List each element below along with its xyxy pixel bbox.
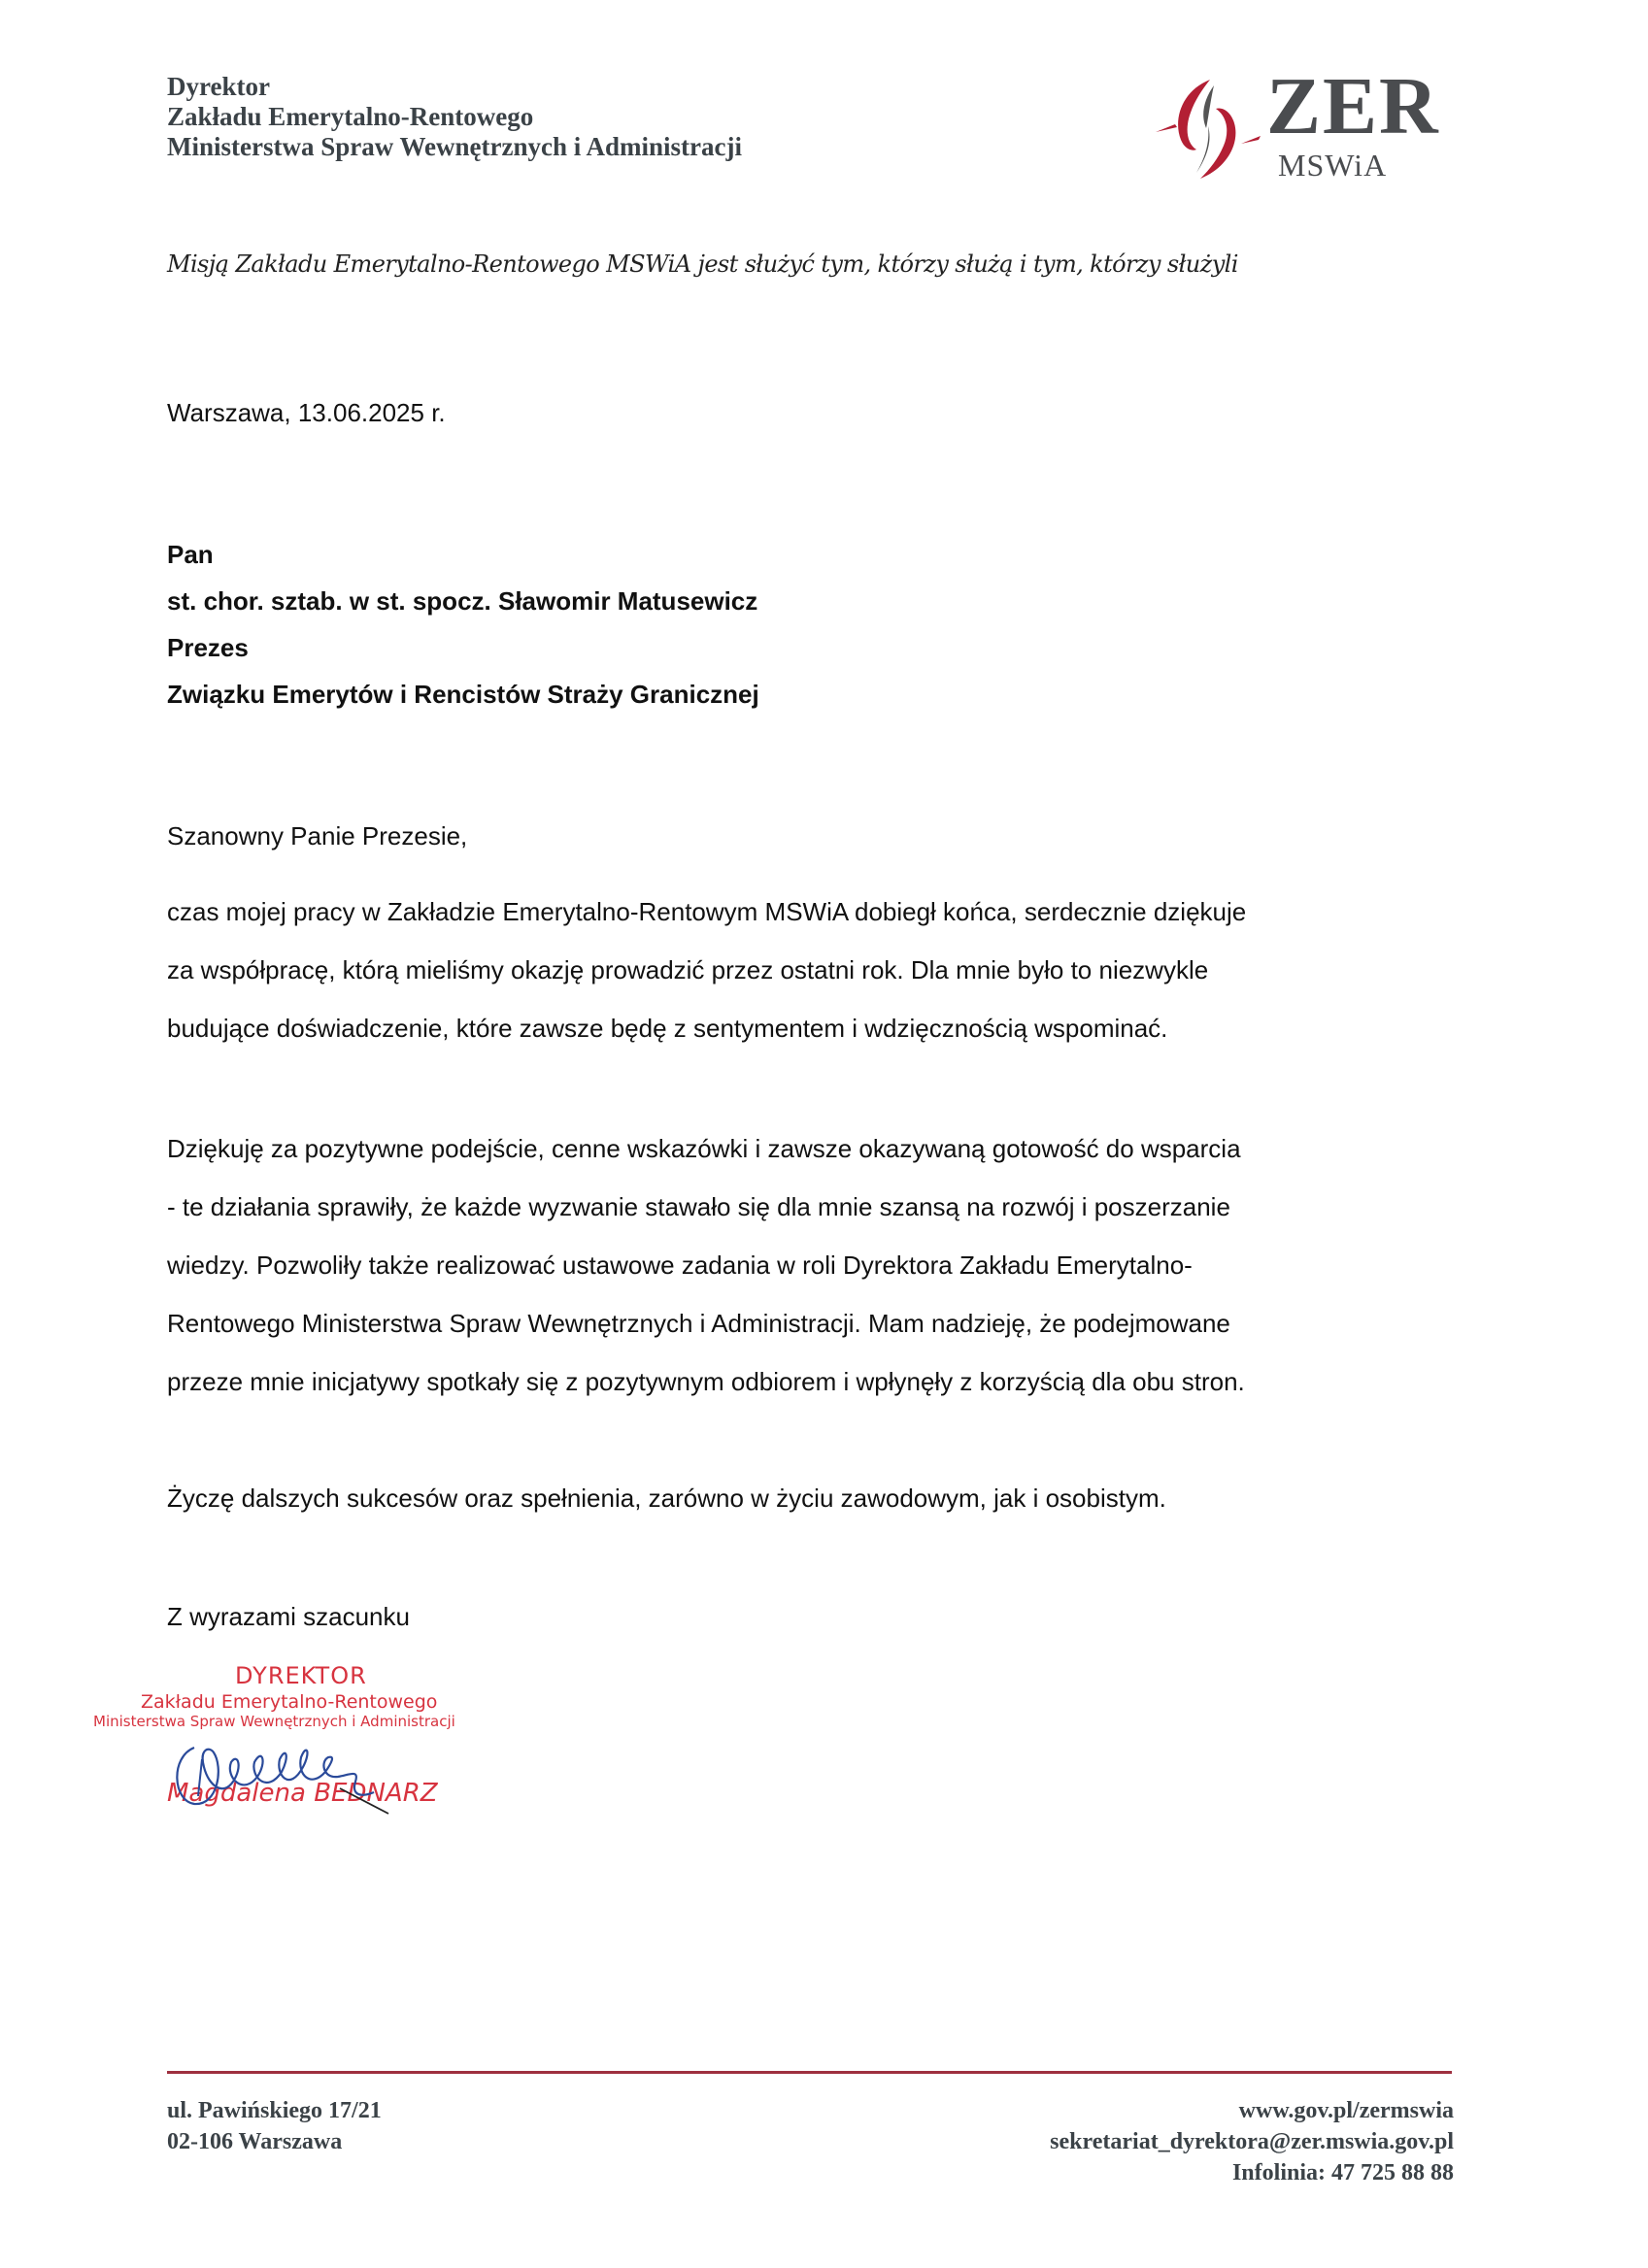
email-link[interactable]: sekretariat_dyrektora@zer.mswia.gov.pl [1050,2126,1454,2157]
letter-page: Dyrektor Zakładu Emerytalno-Rentowego Mi… [0,0,1648,2268]
paragraph-1-line: czas mojej pracy w Zakładzie Emerytalno-… [167,897,1246,927]
footer-address: ul. Pawińskiego 17/21 02-106 Warszawa [167,2095,382,2157]
paragraph-2-line: - te działania sprawiły, że każde wyzwan… [167,1192,1230,1222]
recipient-line: Pan [167,540,214,570]
website-link[interactable]: www.gov.pl/zermswia [1050,2095,1454,2126]
paragraph-2-line: Rentowego Ministerstwa Spraw Wewnętrznyc… [167,1309,1230,1339]
paragraph-1-line: budujące doświadczenie, które zawsze będ… [167,1014,1167,1044]
paragraph-2-line: wiedzy. Pozwoliły także realizować ustaw… [167,1251,1193,1281]
footer-contact: www.gov.pl/zermswia sekretariat_dyrektor… [1050,2095,1454,2188]
recipient-line: Prezes [167,633,249,663]
logo-title: ZER [1266,66,1440,148]
closing: Z wyrazami szacunku [167,1602,410,1632]
recipient-line: Związku Emerytów i Rencistów Straży Gran… [167,680,759,710]
mission-statement: Misją Zakładu Emerytalno-Rentowego MSWiA… [167,250,1238,278]
date-line: Warszawa, 13.06.2025 r. [167,398,446,428]
salutation: Szanowny Panie Prezesie, [167,821,467,851]
logo-subtitle: MSWiA [1278,150,1387,181]
stamp-institution: Zakładu Emerytalno-Rentowego [141,1691,437,1713]
zer-swirl-logo-icon [1152,72,1268,183]
paragraph-2-line: Dziękuję za pozytywne podejście, cenne w… [167,1134,1241,1164]
stamp-title: DYREKTOR [235,1662,367,1689]
hotline-number: Infolinia: 47 725 88 88 [1050,2157,1454,2188]
letterhead-sender: Dyrektor Zakładu Emerytalno-Rentowego Mi… [167,72,742,162]
zer-logo: ZER MSWiA [1152,72,1453,183]
sender-title: Dyrektor [167,72,742,102]
handwritten-signature-icon [165,1728,418,1816]
sender-ministry: Ministerstwa Spraw Wewnętrznych i Admini… [167,132,742,162]
sender-institution: Zakładu Emerytalno-Rentowego [167,102,742,132]
address-street: ul. Pawińskiego 17/21 [167,2095,382,2126]
paragraph-1-line: za współpracę, którą mieliśmy okazję pro… [167,955,1208,985]
recipient-line: st. chor. sztab. w st. spocz. Sławomir M… [167,586,757,617]
paragraph-2-line: przeze mnie inicjatywy spotkały się z po… [167,1367,1245,1397]
paragraph-3-line: Życzę dalszych sukcesów oraz spełnienia,… [167,1484,1166,1514]
footer-divider [167,2071,1452,2074]
address-city: 02-106 Warszawa [167,2126,382,2157]
